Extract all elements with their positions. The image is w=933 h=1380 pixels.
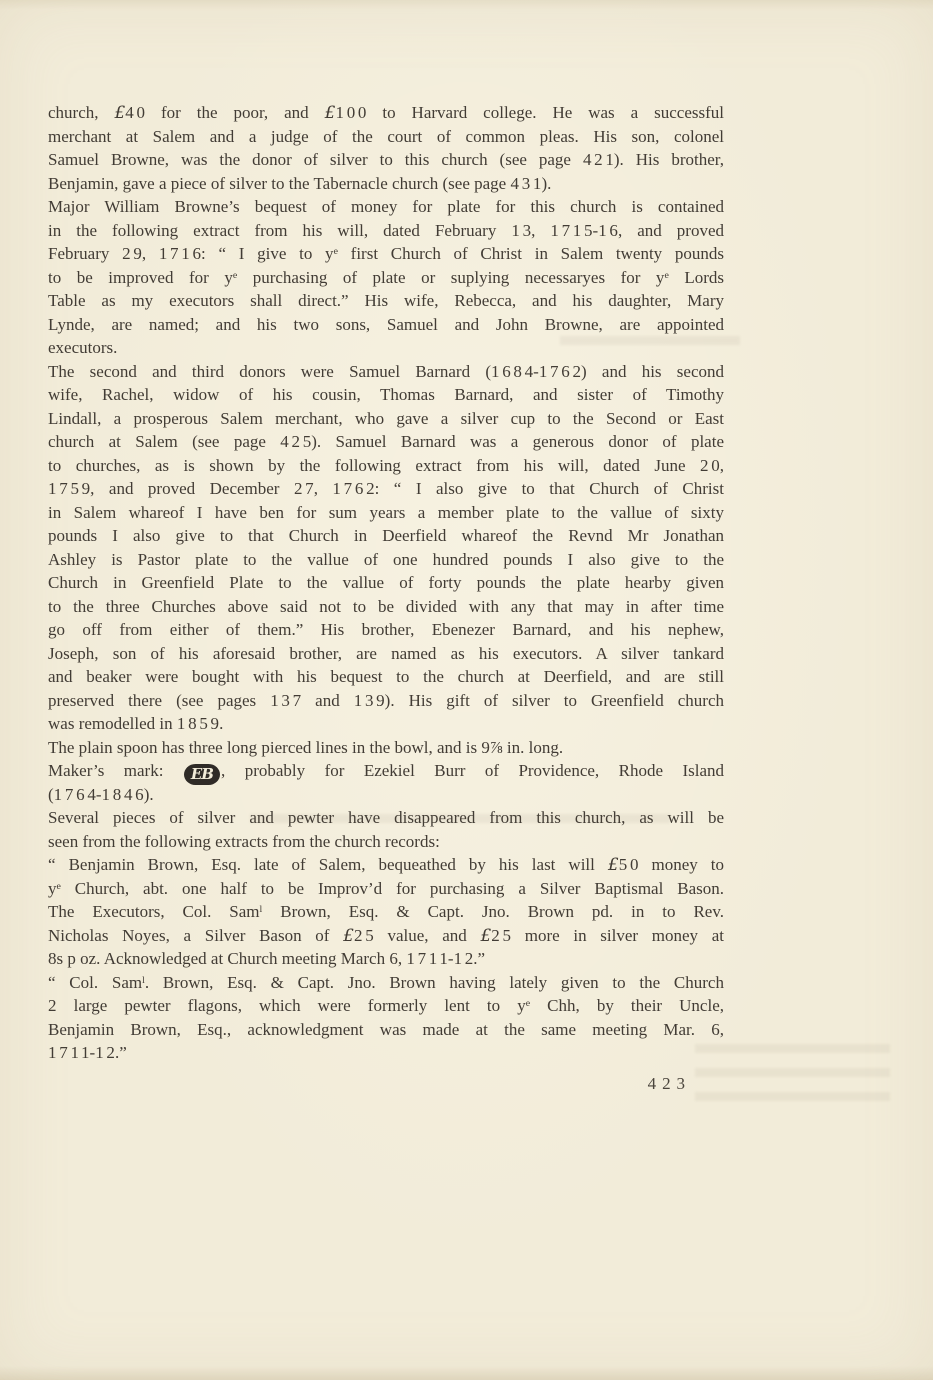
text-line: Table as my executors shall direct.” His… (48, 289, 724, 313)
page-number: 423 (48, 1074, 724, 1094)
text-line: The plain spoon has three long pierced l… (48, 736, 724, 760)
paragraphs-container: church, £40 for the poor, and £100 to Ha… (48, 101, 724, 1065)
text-line: “ Col. Saml. Brown, Esq. & Capt. Jno. Br… (48, 971, 724, 995)
text-line: and beaker were bought with his bequest … (48, 665, 724, 689)
text-line: merchant at Salem and a judge of the cou… (48, 125, 724, 149)
text-line: 8s p oz. Acknowledged at Church meeting … (48, 947, 724, 971)
text-line: seen from the following extracts from th… (48, 830, 724, 854)
text-line: 2 large pewter flagons, which were forme… (48, 994, 724, 1018)
text-line: Samuel Browne, was the donor of silver t… (48, 148, 724, 172)
text-line: 1759, and proved December 27, 1762: “ I … (48, 477, 724, 501)
text-line: preserved there (see pages 137 and 139).… (48, 689, 724, 713)
text-line: Lindall, a prosperous Salem merchant, wh… (48, 407, 724, 431)
text-line: church at Salem (see page 425). Samuel B… (48, 430, 724, 454)
text-line: Lynde, are named; and his two sons, Samu… (48, 313, 724, 337)
text-line: wife, Rachel, widow of his cousin, Thoma… (48, 383, 724, 407)
text-line: The second and third donors were Samuel … (48, 360, 724, 384)
text-line: go off from either of them.” His brother… (48, 618, 724, 642)
text-line: Church in Greenfield Plate to the vallue… (48, 571, 724, 595)
text-line: February 29, 1716: “ I give to ye first … (48, 242, 724, 266)
show-through-artifact (695, 1038, 890, 1110)
paragraph: Major William Browne’s bequest of money … (48, 195, 724, 360)
paragraph: Several pieces of silver and pewter have… (48, 806, 724, 853)
text-block: church, £40 for the poor, and £100 to Ha… (48, 101, 724, 1094)
text-line: was remodelled in 1859. (48, 712, 724, 736)
text-line: in Salem whareof I have ben for sum year… (48, 501, 724, 525)
text-line: Benjamin, gave a piece of silver to the … (48, 172, 724, 196)
text-line: to churches, as is shown by the followin… (48, 454, 724, 478)
text-line: church, £40 for the poor, and £100 to Ha… (48, 101, 724, 125)
makers-mark-eb-icon: EB (184, 764, 220, 785)
text-line: Ashley is Pastor plate to the vallue of … (48, 548, 724, 572)
text-line: ye Church, abt. one half to be Improv’d … (48, 877, 724, 901)
text-line: 1711-12.” (48, 1041, 724, 1065)
book-page: church, £40 for the poor, and £100 to Ha… (0, 0, 933, 1380)
text-line: The Executors, Col. Saml Brown, Esq. & C… (48, 900, 724, 924)
text-line: (1764-1846). (48, 783, 724, 807)
paragraph: The second and third donors were Samuel … (48, 360, 724, 736)
paragraph: church, £40 for the poor, and £100 to Ha… (48, 101, 724, 195)
text-line: pounds I also give to that Church in Dee… (48, 524, 724, 548)
paragraph: “ Col. Saml. Brown, Esq. & Capt. Jno. Br… (48, 971, 724, 1065)
paragraph: Maker’s mark: EB, probably for Ezekiel B… (48, 759, 724, 806)
text-line: to the three Churches above said not to … (48, 595, 724, 619)
text-line: “ Benjamin Brown, Esq. late of Salem, be… (48, 853, 724, 877)
text-line: in the following extract from his will, … (48, 219, 724, 243)
text-line: Benjamin Brown, Esq., acknowledgment was… (48, 1018, 724, 1042)
text-line: Several pieces of silver and pewter have… (48, 806, 724, 830)
paragraph: The plain spoon has three long pierced l… (48, 736, 724, 760)
text-line: Major William Browne’s bequest of money … (48, 195, 724, 219)
text-line: Maker’s mark: EB, probably for Ezekiel B… (48, 759, 724, 783)
text-line: to be improved for ye purchasing of plat… (48, 266, 724, 290)
paragraph: “ Benjamin Brown, Esq. late of Salem, be… (48, 853, 724, 971)
text-line: Joseph, son of his aforesaid brother, ar… (48, 642, 724, 666)
text-line: executors. (48, 336, 724, 360)
text-line: Nicholas Noyes, a Silver Bason of £25 va… (48, 924, 724, 948)
